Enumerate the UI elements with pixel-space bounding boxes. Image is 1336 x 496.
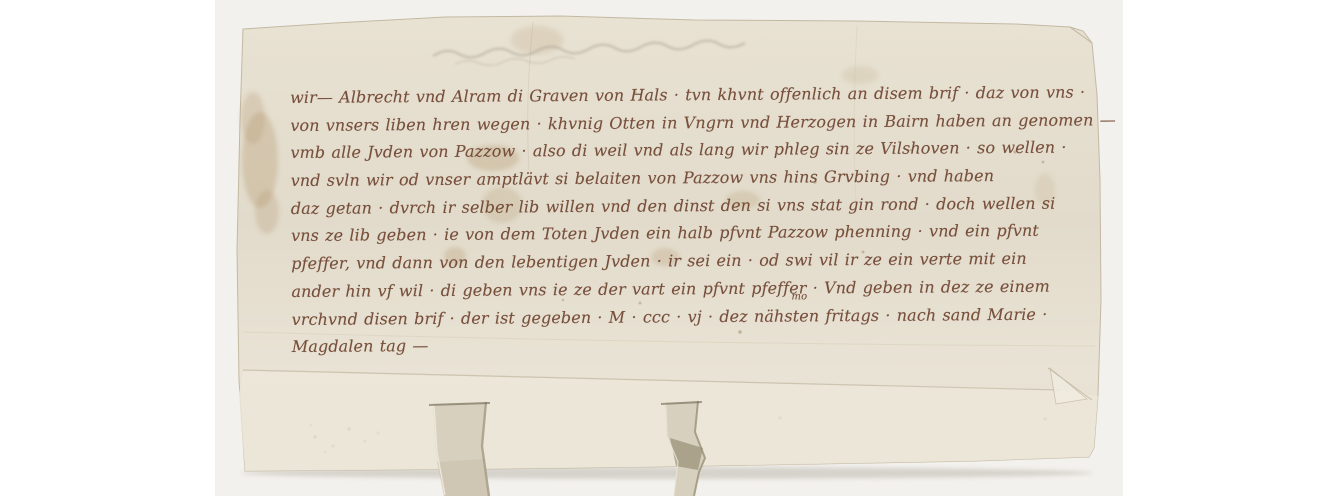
archival-photo-page: { "colors": { "page_bg": "#ffffff", "pho… — [0, 0, 1336, 496]
photograph-of-charter: wir— Albrecht vnd Alram di Graven von Ha… — [215, 0, 1123, 496]
manuscript-line-9: vrchvnd disen brif · der ist gegeben · M… — [292, 300, 1078, 333]
manuscript-line-10: Magdalen tag — — [292, 328, 1078, 361]
superscript-mo: mo — [791, 292, 807, 302]
manuscript-text: wir— Albrecht vnd Alram di Graven von Ha… — [290, 79, 1078, 361]
seal-tag-left — [429, 402, 490, 496]
